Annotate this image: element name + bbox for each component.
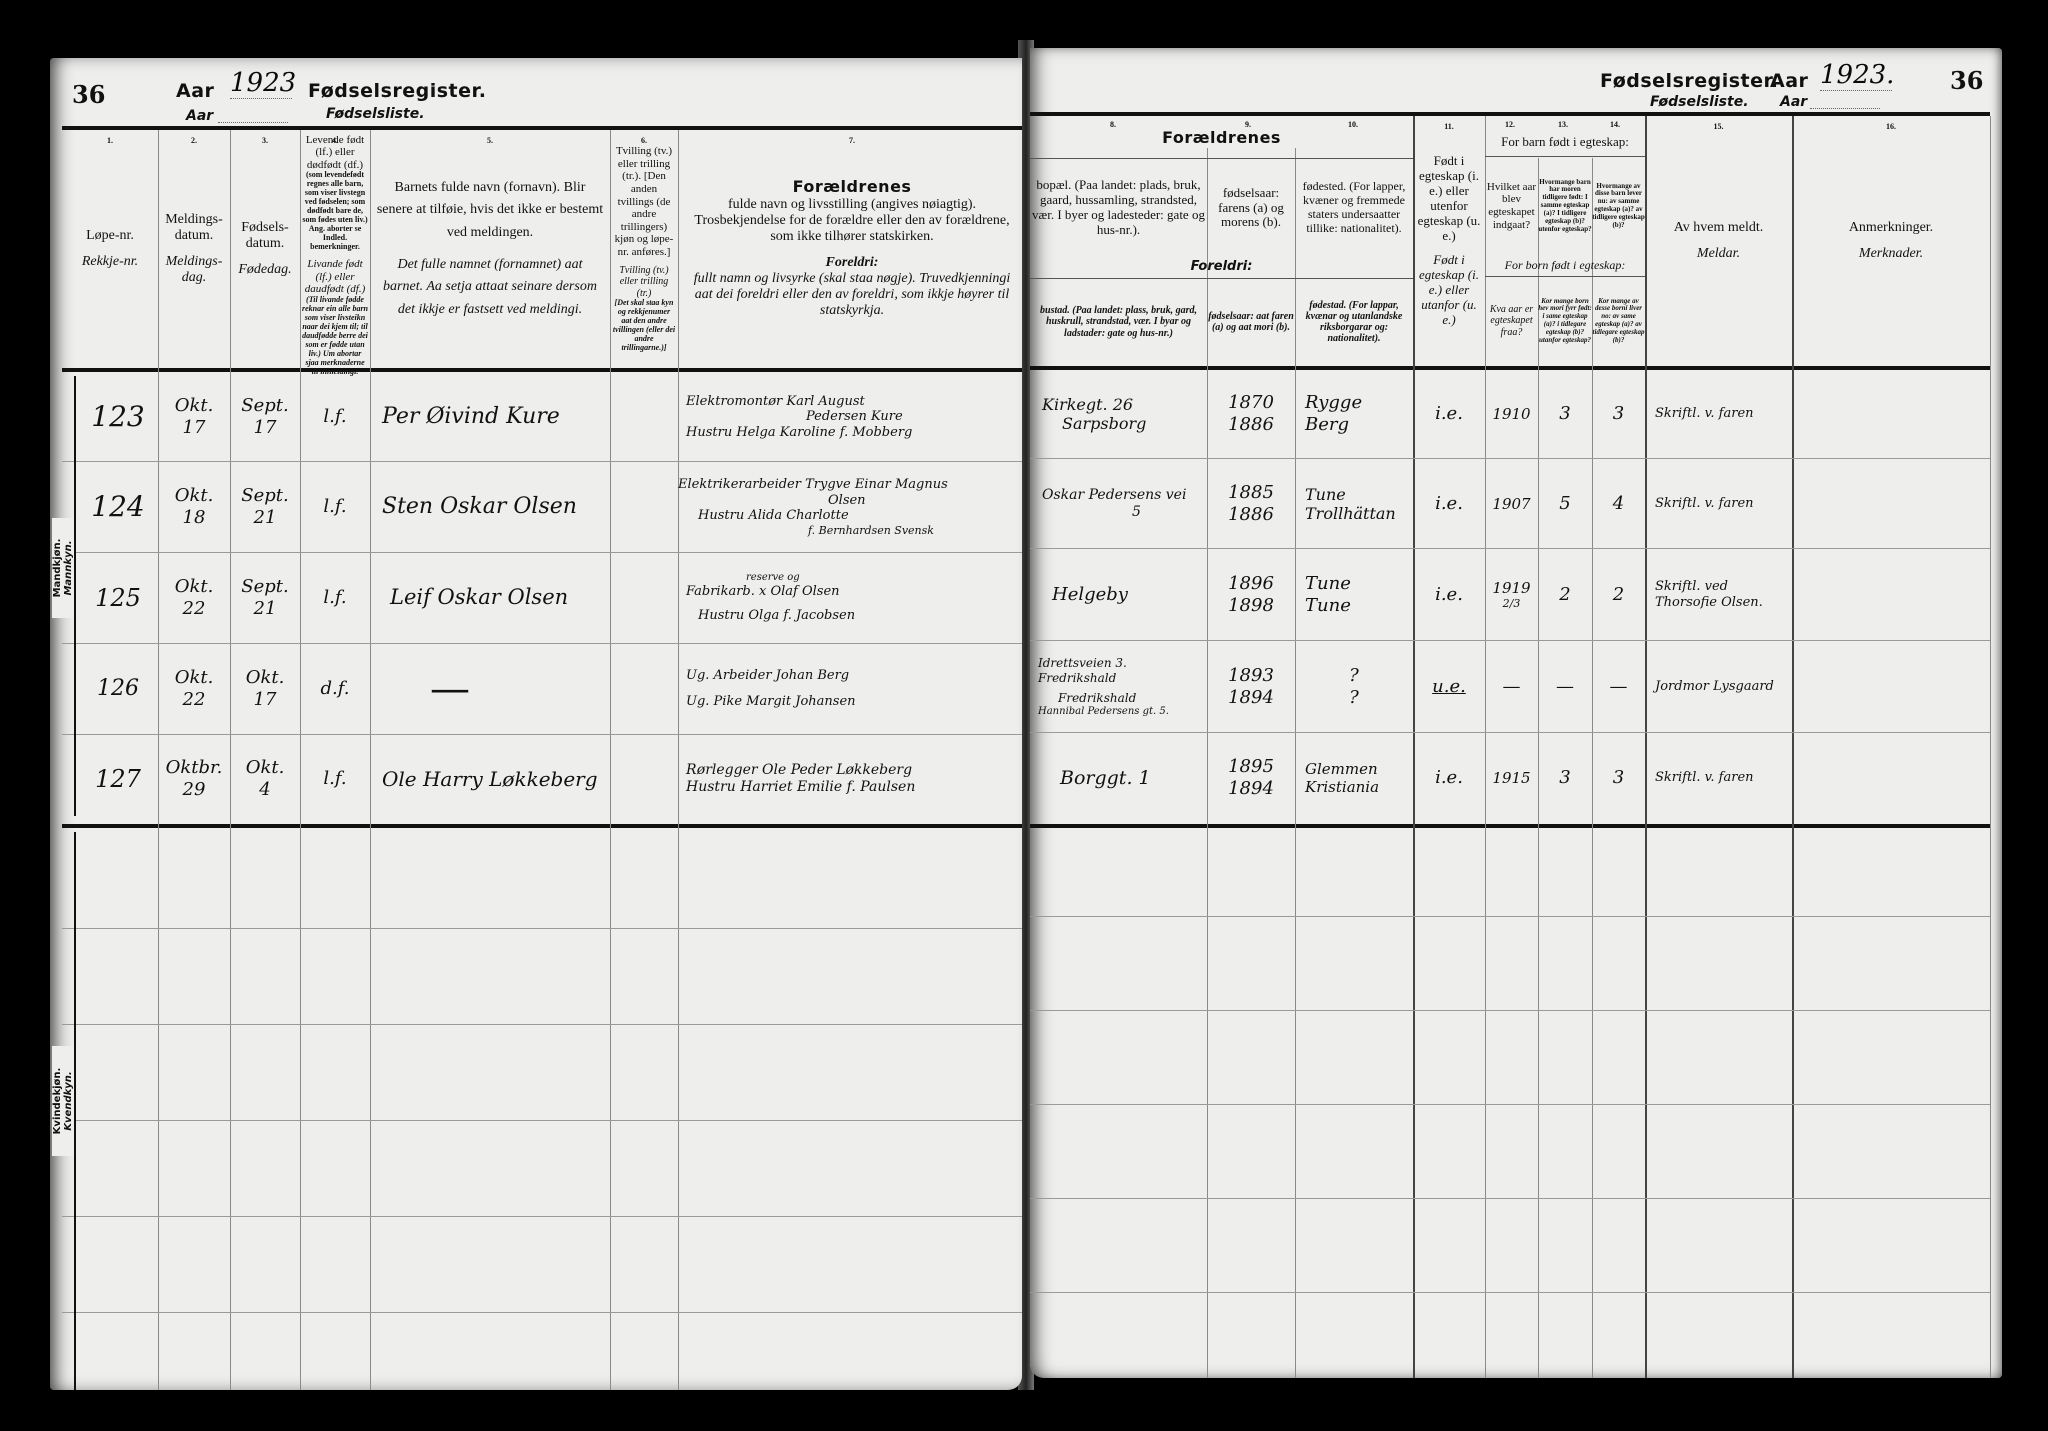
col-header-parents: 7. Forældrenes fulde navn og livsstillin… (682, 132, 1022, 366)
levende-dodfodt: l.f. (300, 736, 370, 822)
child-name: Ole Harry Løkkeberg (382, 736, 610, 822)
lopenr: 126 (78, 645, 158, 733)
reported-by: Skriftl. ved Thorsofie Olsen. (1655, 550, 1792, 640)
lopenr: 124 (78, 463, 158, 551)
row-separator (62, 643, 1022, 644)
row-separator (1030, 1010, 1990, 1011)
page-subtitle: Fødselsliste. (326, 106, 425, 122)
parents: Elektromontør Karl AugustPedersen KureHu… (686, 374, 1022, 460)
marriage-year: 1915 (1485, 734, 1538, 822)
fodselsdatum: Okt.17 (230, 645, 300, 733)
col-header-child-name: 5. Barnets fulde navn (fornavn). Blir se… (376, 132, 604, 366)
meldingsdatum: Okt.18 (158, 463, 230, 551)
parents: Ug. Arbeider Johan BergUg. Pike Margit J… (686, 645, 1022, 733)
sub-aar-label: Aar (1780, 94, 1807, 110)
page-title: Fødselsregister. (1600, 70, 1778, 92)
year-handwritten: 1923. (1820, 60, 1892, 91)
group-rule (1030, 158, 1413, 159)
row-separator (1030, 1104, 1990, 1105)
marriage-year: 1910 (1485, 370, 1538, 458)
male-section-label: Mandkjøn. Mannkyn. (52, 518, 74, 618)
col-divider (370, 130, 371, 1390)
child-name: Leif Oskar Olsen (390, 554, 610, 642)
col-header-meldingsdatum: 2. Meldings-datum. Meldings-dag. (158, 132, 230, 366)
row-separator (1030, 640, 1990, 641)
birthplaces: TuneTrollhättan (1305, 460, 1413, 548)
male-section-end-rule (1030, 824, 1990, 828)
prev-children: 3 (1538, 734, 1592, 822)
row-separator (1030, 916, 1990, 917)
page-title: Fødselsregister. (308, 80, 486, 102)
living-children: 3 (1592, 370, 1645, 458)
row-separator (62, 1120, 1022, 1121)
reported-by: Skriftl. v. faren (1655, 370, 1792, 458)
levende-dodfodt: l.f. (300, 374, 370, 460)
residence: Kirkegt. 26Sarpsborg (1042, 370, 1207, 458)
group-header-foreldri: Foreldri: (1030, 256, 1413, 278)
row-separator (1030, 1292, 1990, 1293)
marriage-year: 1907 (1485, 460, 1538, 548)
row-separator (62, 1312, 1022, 1313)
legitimacy: i.e. (1413, 734, 1485, 822)
header-top-rule (1030, 112, 1990, 116)
birthplaces: RyggeBerg (1305, 370, 1413, 458)
legitimacy: i.e. (1413, 460, 1485, 548)
row-separator (1030, 732, 1990, 733)
col-header-prev-children: Hvormange barn har moren tidligere født:… (1538, 158, 1592, 254)
row-separator (62, 1024, 1022, 1025)
meldingsdatum: Oktbr.29 (158, 736, 230, 822)
birth-years: 18851886 (1207, 460, 1295, 548)
remarks (1800, 550, 1990, 640)
birthplaces: ?? (1295, 642, 1413, 732)
col-header-fodestad: fødestad. (For lappar, kvænar og utanlan… (1295, 280, 1413, 364)
row-separator (62, 928, 1022, 929)
row-separator (62, 552, 1022, 553)
aar-label: Aar (1770, 70, 1808, 92)
reported-by: Jordmor Lysgaard (1655, 642, 1792, 732)
fodselsdatum: Sept.21 (230, 463, 300, 551)
birthplaces: TuneTune (1305, 550, 1413, 640)
prev-children: 5 (1538, 460, 1592, 548)
col-header-bopael: bopæl. (Paa landet: plads, bruk, gaard, … (1030, 160, 1207, 256)
col-header-living-children-nn: Kor mange av desse borni liver no: av sa… (1592, 278, 1645, 364)
group-rule (1030, 278, 1413, 279)
col-header-living-children: Hvormange av disse barn lever nu: av sam… (1592, 158, 1645, 254)
lopenr: 125 (78, 554, 158, 642)
sub-aar-label: Aar (186, 108, 213, 124)
row-separator (62, 1216, 1022, 1217)
col-header-bustad: bustad. (Paa landet: plass, bruk, gard, … (1030, 280, 1207, 364)
legitimacy: u.e. (1413, 642, 1485, 732)
reported-by: Skriftl. v. faren (1655, 734, 1792, 822)
right-page: Fødselsregister. Aar 1923. 36 Fødselslis… (1030, 48, 2002, 1378)
fodselsdatum: Sept.17 (230, 374, 300, 460)
meldingsdatum: Okt.22 (158, 554, 230, 642)
child-name: Sten Oskar Olsen (382, 463, 610, 551)
meldingsdatum: Okt.17 (158, 374, 230, 460)
remarks (1800, 642, 1990, 732)
reported-by: Skriftl. v. faren (1655, 460, 1792, 548)
living-children: 4 (1592, 460, 1645, 548)
living-children: 2 (1592, 550, 1645, 640)
aar-label: Aar (176, 80, 214, 102)
remarks (1800, 734, 1990, 822)
lopenr: 123 (78, 374, 158, 460)
male-section-bracket (74, 376, 76, 816)
prev-children: 2 (1538, 550, 1592, 640)
group-rule (1485, 156, 1645, 157)
row-separator (1030, 458, 1990, 459)
header-top-rule (62, 126, 1022, 130)
prev-children: 3 (1538, 370, 1592, 458)
residence: Borggt. 1 (1060, 734, 1207, 822)
col-header-fodselsaar-nn: fødselsaar: aat faren (a) og aat mori (b… (1207, 280, 1295, 364)
birthplaces: GlemmenKristiania (1305, 734, 1413, 822)
col-header-fodt-i-egteskap: 11. Født i egteskap (i. e.) eller utenfo… (1413, 118, 1485, 364)
col-header-remarks: 16. Anmerkninger. Merknader. (1792, 118, 1990, 364)
birth-years: 18701886 (1207, 370, 1295, 458)
sub-aar-blank (1810, 108, 1880, 109)
col-header-fodselsaar: fødselsaar: farens (a) og morens (b). (1207, 160, 1295, 256)
col-divider (610, 130, 611, 1390)
header-bottom-rule (62, 368, 1022, 372)
fodselsdatum: Okt.4 (230, 736, 300, 822)
col-header-reported-by: 15. Av hvem meldt. Meldar. (1645, 118, 1792, 364)
page-subtitle: Fødselsliste. (1650, 94, 1749, 110)
parents: Rørlegger Ole Peder LøkkebergHustru Harr… (686, 736, 1022, 822)
page-number: 36 (72, 80, 105, 109)
col-header-twin: 6. Tvilling (tv.) eller trilling (tr.). … (612, 132, 676, 366)
col-divider (1990, 116, 1991, 1378)
fodselsdatum: Sept.21 (230, 554, 300, 642)
female-section-label: Kvindekjøn. Kvendkyn. (52, 1046, 74, 1156)
levende-dodfodt: d.f. (300, 645, 370, 733)
group-rule (1485, 276, 1645, 277)
birth-years: 18931894 (1207, 642, 1295, 732)
legitimacy: i.e. (1413, 550, 1485, 640)
row-separator (62, 734, 1022, 735)
group-header-children-nn: For born født i egteskap: (1485, 256, 1645, 276)
parents: reserve ogFabrikarb. x Olaf OlsenHustru … (686, 554, 1022, 642)
birth-years: 18951894 (1207, 734, 1295, 822)
child-name: Per Øivind Kure (382, 374, 610, 460)
meldingsdatum: Okt.22 (158, 645, 230, 733)
col-header-fodselsdatum: 3. Fødsels-datum. Fødedag. (230, 132, 300, 366)
marriage-year: — (1485, 642, 1538, 732)
male-section-end-rule (62, 824, 1022, 828)
col-divider (678, 130, 679, 1390)
remarks (1800, 370, 1990, 458)
col-header-marriage-year: Hvilket aar blev egteskapet indgaat? (1485, 158, 1538, 254)
living-children: 3 (1592, 734, 1645, 822)
left-page: 36 Aar 1923 Fødselsregister. Aar Fødsels… (50, 58, 1022, 1390)
remarks (1800, 460, 1990, 548)
birth-years: 18961898 (1207, 550, 1295, 640)
row-separator (1030, 548, 1990, 549)
prev-children: — (1538, 642, 1592, 732)
levende-dodfodt: l.f. (300, 463, 370, 551)
levende-dodfodt: l.f. (300, 554, 370, 642)
year-handwritten: 1923 (230, 68, 292, 99)
col-header-lopenr: 1. Løpe-nr. Rekkje-nr. (62, 132, 158, 366)
residence: Helgeby (1052, 550, 1207, 640)
child-name: — (430, 645, 570, 733)
marriage-year: 19192/3 (1485, 550, 1538, 640)
living-children: — (1592, 642, 1645, 732)
col-header-fodested: fødested. (For lapper, kvæner og fremmed… (1295, 160, 1413, 256)
residence: Idrettsveien 3.FredrikshaldFredrikshaldH… (1038, 642, 1207, 732)
col-header-levende-dodfodt: 4. Levende født (lf.) eller dødfødt (df.… (302, 132, 368, 366)
legitimacy: i.e. (1413, 370, 1485, 458)
parents: Elektrikerarbeider Trygve Einar MagnusOl… (678, 463, 1022, 551)
col-header-prev-children-nn: Kor mange born hev mori fyrr født: i sam… (1538, 278, 1592, 364)
female-section-bracket (74, 832, 76, 1390)
row-separator (1030, 1198, 1990, 1199)
col-header-marriage-year-nn: Kva aar er egteskapet fraa? (1485, 278, 1538, 364)
page-number: 36 (1950, 66, 1983, 95)
row-separator (62, 461, 1022, 462)
residence: Oskar Pedersens vei5 (1042, 460, 1207, 548)
sub-aar-blank (218, 122, 288, 123)
lopenr: 127 (78, 736, 158, 822)
